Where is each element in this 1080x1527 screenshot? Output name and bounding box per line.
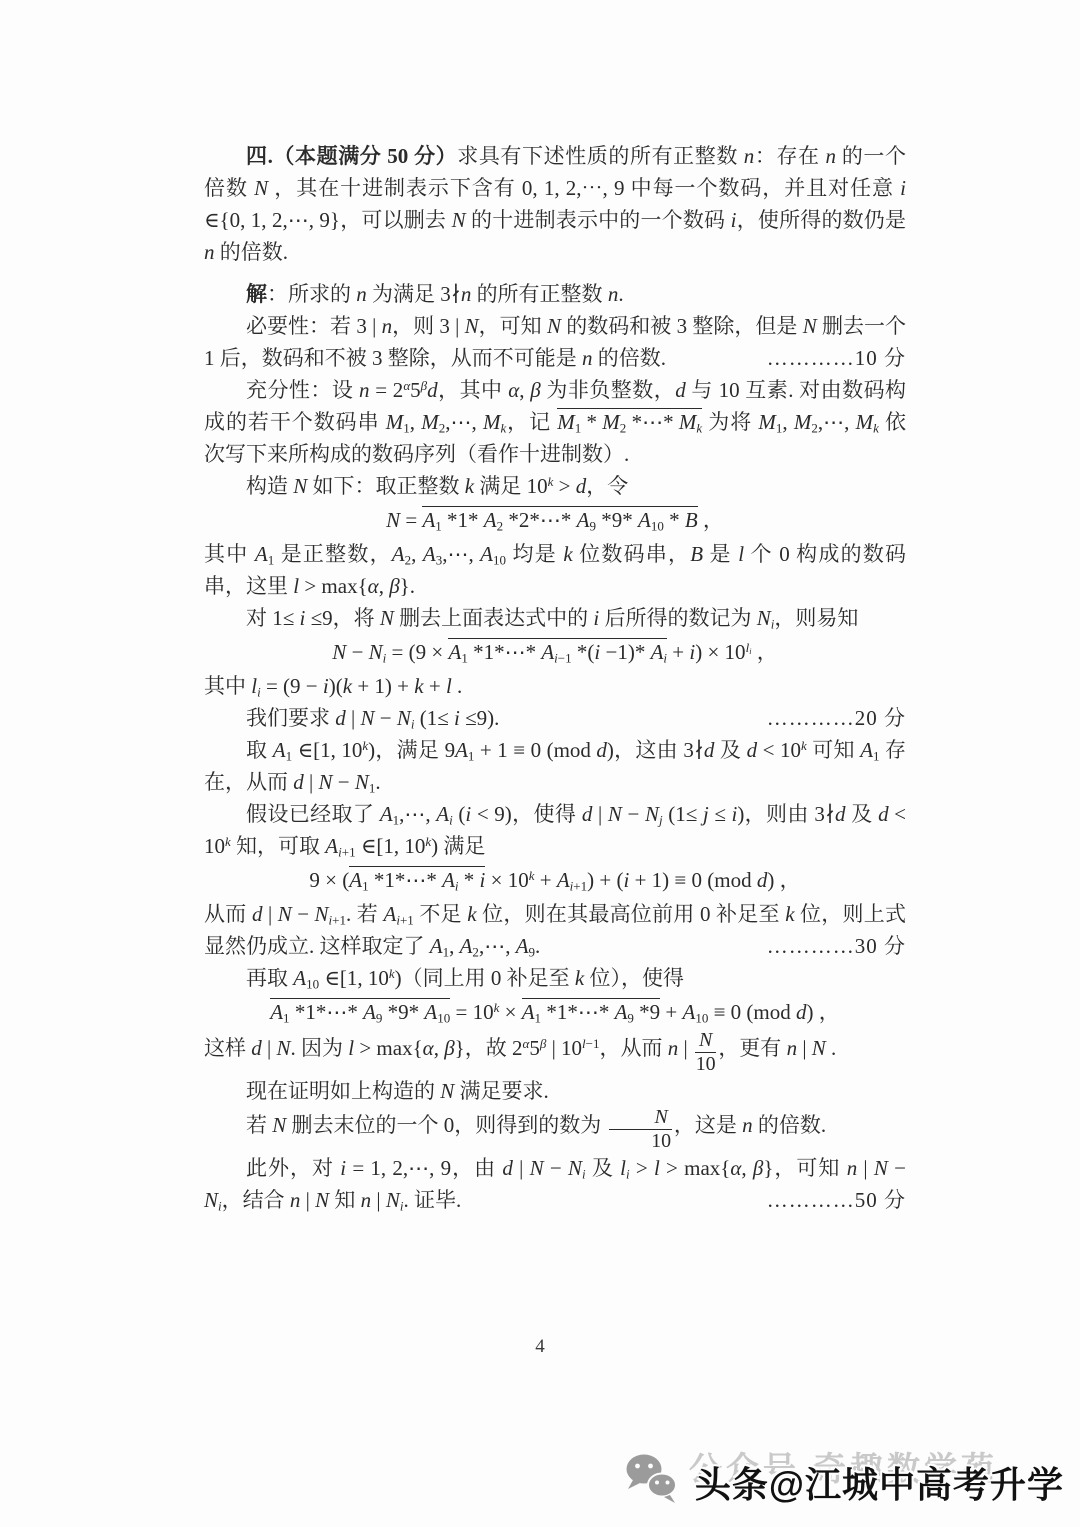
requirement-text: 我们要求 d | N − Ni (1≤ i ≤9). xyxy=(246,706,499,730)
content-column: 四.（本题满分 50 分）求具有下述性质的所有正整数 n：存在 n 的一个倍数 … xyxy=(204,140,906,1216)
watermark: 公众号 奇趣数学苑 头条@江城中高考升学 xyxy=(623,1451,1064,1513)
page-number: 4 xyxy=(0,1336,1080,1358)
watermark-dark-text: 头条@江城中高考升学 xyxy=(695,1457,1064,1508)
sufficiency-paragraph: 充分性：设 n = 2α5βd，其中 α, β 为非负整数，d 与 10 互素.… xyxy=(204,374,906,470)
construction-detail: 其中 A1 是正整数，A2, A3,⋯, A10 均是 k 位数码串，B 是 l… xyxy=(204,538,906,602)
zero-deletion-case: 若 N 删去末位的一个 0，则得到的数为 N10，这是 n 的倍数. xyxy=(204,1107,906,1152)
deletion-setup: 对 1≤ i ≤9，将 N 删去上面表达式中的 i 后所得的数记为 Ni，则易知 xyxy=(204,602,906,634)
score-marker-10: …………10 分 xyxy=(725,342,906,374)
score-marker-20: …………20 分 xyxy=(725,702,906,734)
induction-conclusion: 从而 d | N − Ni+1. 若 Ai+1 不足 k 位，则在其最高位前用 … xyxy=(204,898,906,962)
problem-statement: 四.（本题满分 50 分）求具有下述性质的所有正整数 n：存在 n 的一个倍数 … xyxy=(204,140,906,268)
choose-A10-paragraph: 再取 A10 ∈[1, 10k)（同上用 0 补足至 k 位），使得 xyxy=(204,962,906,994)
formula-congruence: 9 × (A1 *1*⋯* Ai * i × 10k + Ai+1) + (i … xyxy=(204,864,906,896)
formula-A10-congruence: A1 *1*⋯* A9 *9* A10 = 10k × A1 *1*⋯* A9 … xyxy=(204,996,906,1028)
requirement-line: 我们要求 d | N − Ni (1≤ i ≤9). …………20 分 xyxy=(204,702,906,734)
wechat-icon xyxy=(623,1452,681,1513)
document-page: 四.（本题满分 50 分）求具有下述性质的所有正整数 n：存在 n 的一个倍数 … xyxy=(0,0,1080,1527)
construction-intro: 构造 N 如下：取正整数 k 满足 10k > d，令 xyxy=(204,470,906,502)
choose-A1-paragraph: 取 A1 ∈[1, 10k)，满足 9A1 + 1 ≡ 0 (mod d)，这由… xyxy=(204,734,906,798)
formula-N-definition: N = A1 *1* A2 *2*⋯* A9 *9* A10 * B ， xyxy=(204,504,906,536)
formula-N-minus-Ni: N − Ni = (9 × A1 *1*⋯* Ai−1 *(i −1)* Ai … xyxy=(204,636,906,668)
score-marker-50: …………50 分 xyxy=(725,1184,906,1216)
score-marker-30: …………30 分 xyxy=(767,930,906,962)
verification-intro: 现在证明如上构造的 N 满足要求. xyxy=(204,1075,906,1107)
li-definition: 其中 li = (9 − i)(k + 1) + k + l . xyxy=(204,670,906,702)
final-conclusion: 此外，对 i = 1, 2,⋯, 9，由 d | N − Ni 及 li > l… xyxy=(204,1152,906,1216)
induction-hypothesis: 假设已经取了 A1,⋯, Ai (i < 9)，使得 d | N − Nj (1… xyxy=(204,798,906,862)
solution-lead: 解：所求的 n 为满足 3∤n 的所有正整数 n. xyxy=(204,278,906,310)
divisibility-conclusion: 这样 d | N. 因为 l > max{α, β}，故 2α5β | 10l−… xyxy=(204,1030,906,1075)
necessity-paragraph: 必要性：若 3 | n，则 3 | N，可知 N 的数码和被 3 整除，但是 N… xyxy=(204,310,906,374)
